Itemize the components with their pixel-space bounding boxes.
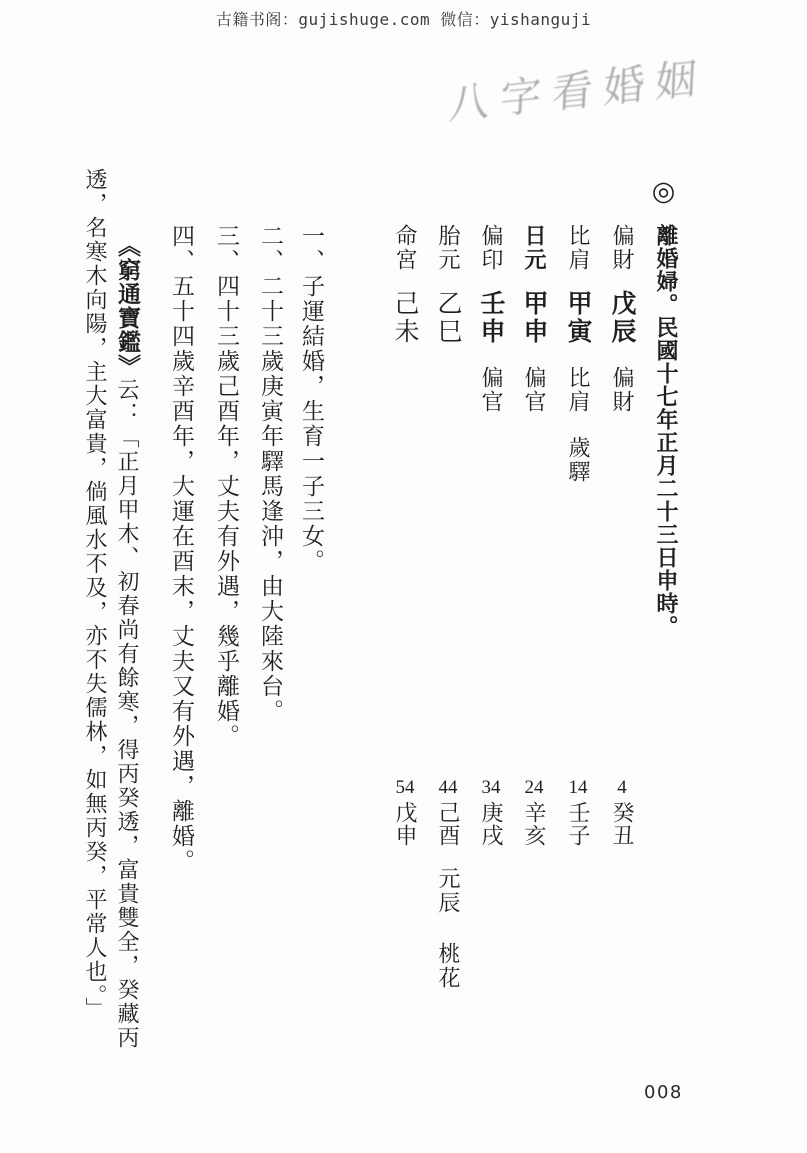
luck-age: 34 bbox=[474, 777, 508, 799]
site-watermark: 古籍书阁：gujishuge.com 微信：yishanguji bbox=[0, 7, 807, 30]
quote-source-title: 《窮通寶鑑》 bbox=[115, 234, 140, 378]
pillar-god-label: 偏財 bbox=[611, 224, 633, 272]
case-title: 離婚婦。民國十七年正月二十三日申時。 bbox=[655, 224, 677, 638]
luck-ganzhi: 己酉 bbox=[437, 801, 459, 847]
luck-ganzhi: 壬子 bbox=[567, 801, 589, 847]
pillar-god-label: 胎元 bbox=[437, 224, 459, 272]
quote-line-1-text: 云：「正月甲木、初春尚有餘寒，得丙癸透，富貴雙全，癸藏丙 bbox=[115, 378, 140, 1050]
luck-age: 24 bbox=[517, 777, 551, 799]
pillar-ganzhi: 戊辰 bbox=[609, 290, 634, 346]
pillar-god-label: 命宮 bbox=[394, 224, 416, 272]
pillar-god-label: 比肩 bbox=[567, 224, 589, 272]
luck-age: 4 bbox=[605, 777, 639, 799]
case-marker: ◎ bbox=[650, 176, 677, 207]
page-number: 008 bbox=[644, 1082, 683, 1103]
pillar-ganzhi: 乙巳 bbox=[435, 290, 460, 346]
case-note: 二、二十三歲庚寅年驛馬逢沖，由大陸來台。 bbox=[259, 224, 282, 724]
case-note: 一、子運結婚，生育一子三女。 bbox=[300, 224, 323, 574]
luck-age: 14 bbox=[561, 777, 595, 799]
quote-line-2: 透，名寒木向陽，主大富貴，倘風水不及，亦不失儒林，如無丙癸，平常人也。」 bbox=[84, 168, 106, 1021]
pillar-ganzhi: 甲申 bbox=[521, 290, 546, 346]
pillar-ganzhi: 己未 bbox=[392, 290, 417, 346]
luck-ganzhi: 辛亥 bbox=[523, 801, 545, 847]
scanned-book-page: 古籍书阁：gujishuge.com 微信：yishanguji 八字看婚姻 ◎… bbox=[0, 0, 807, 1153]
pillar-ganzhi: 壬申 bbox=[478, 290, 503, 346]
luck-ganzhi: 戊申 bbox=[394, 801, 416, 847]
case-note: 四、五十四歲辛酉年，大運在酉末，丈夫又有外遇，離婚。 bbox=[170, 224, 193, 874]
pillar-branch-god: 偏官 bbox=[523, 366, 545, 414]
luck-ganzhi: 庚戌 bbox=[480, 801, 502, 847]
case-note: 三、四十三歲己酉年，丈夫有外遇，幾乎離婚。 bbox=[215, 224, 238, 749]
pillar-note: 歲驛 bbox=[567, 436, 589, 484]
pillar-branch-god: 偏財 bbox=[611, 366, 633, 414]
pillar-ganzhi: 甲寅 bbox=[565, 290, 590, 346]
pillar-branch-god: 偏官 bbox=[480, 366, 502, 414]
handwritten-annotation: 八字看婚姻 bbox=[447, 40, 748, 131]
pillar-branch-god: 比肩 bbox=[567, 366, 589, 414]
pillar-god-label: 偏印 bbox=[480, 224, 502, 272]
luck-note: 桃花 bbox=[437, 942, 459, 990]
pillar-god-label: 日元 bbox=[523, 224, 545, 272]
luck-note: 元辰 bbox=[437, 867, 459, 915]
luck-age: 44 bbox=[431, 777, 465, 799]
luck-ganzhi: 癸丑 bbox=[611, 801, 633, 847]
quote-line-1: 《窮通寶鑑》云：「正月甲木、初春尚有餘寒，得丙癸透，富貴雙全，癸藏丙 bbox=[116, 234, 139, 1050]
luck-age: 54 bbox=[388, 777, 422, 799]
